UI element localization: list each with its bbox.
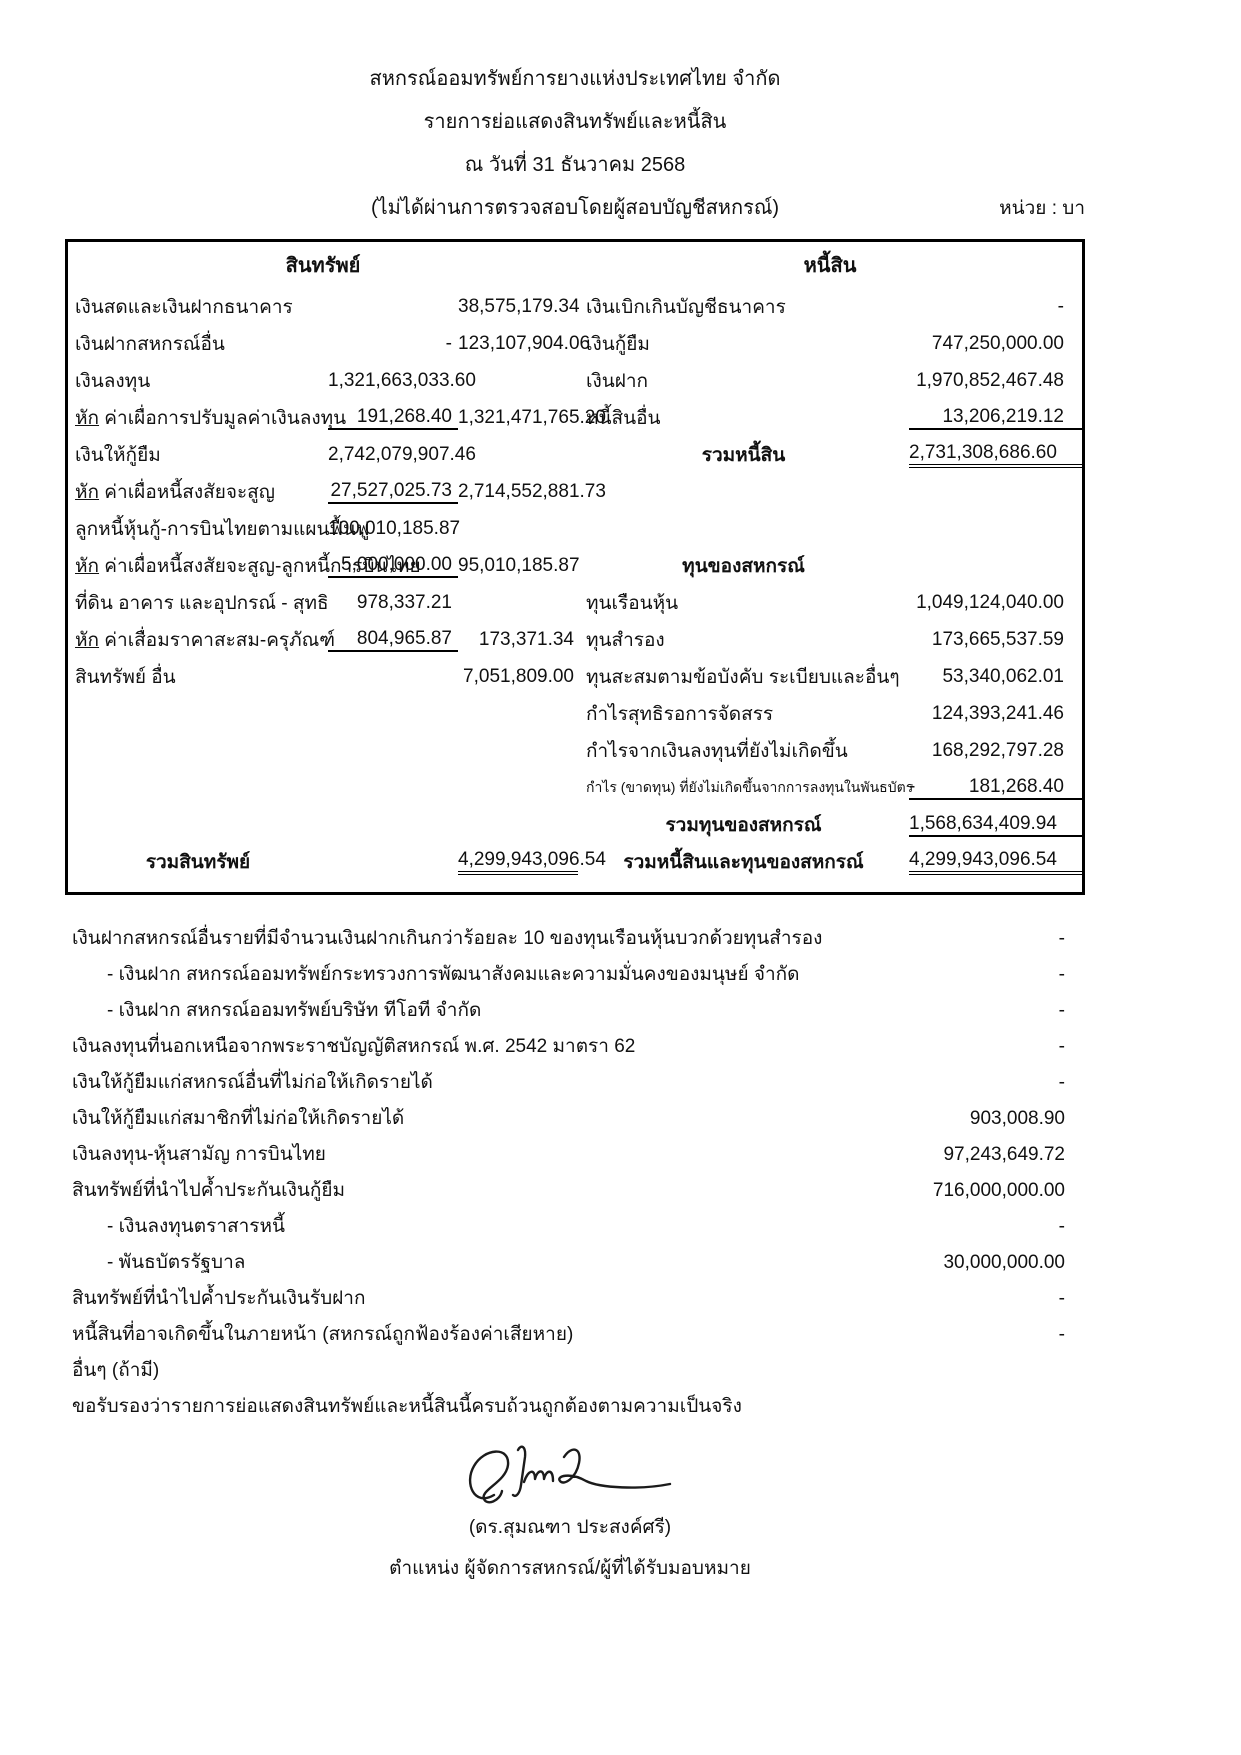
signature-section: (ดร.สุมณฑา ประสงค์ศรี) ตำแหน่ง ผู้จัดการ…	[60, 1437, 1080, 1584]
asset-amount-col2: 4,299,943,096.54	[458, 849, 578, 875]
balance-row: กำไรจากเงินลงทุนที่ยังไม่เกิดขึ้น168,292…	[68, 732, 1082, 769]
note-label: - เงินลงทุนตราสารหนี้	[65, 1209, 905, 1245]
balance-table-rows: เงินสดและเงินฝากธนาคาร38,575,179.34เงินเ…	[68, 288, 1082, 880]
org-name: สหกรณ์ออมทรัพย์การยางแห่งประเทศไทย จำกัด	[65, 58, 1085, 101]
note-row: สินทรัพย์ที่นำไปค้ำประกันเงินกู้ยืม716,0…	[65, 1173, 1085, 1209]
asset-label: เงินฝากสหกรณ์อื่น	[68, 329, 328, 359]
note-label: เงินฝากสหกรณ์อื่นรายที่มีจำนวนเงินฝากเกิ…	[65, 921, 905, 957]
asset-amount-col2: 38,575,179.34	[458, 296, 578, 318]
note-row: หนี้สินที่อาจเกิดขึ้นในภายหน้า (สหกรณ์ถู…	[65, 1317, 1085, 1353]
liability-label: รวมทุนของสหกรณ์	[578, 810, 909, 840]
liability-amount: 13,206,219.12	[909, 406, 1082, 430]
asset-amount-col1: 100,010,185.87	[328, 518, 458, 540]
note-row: สินทรัพย์ที่นำไปค้ำประกันเงินรับฝาก-	[65, 1281, 1085, 1317]
note-value: -	[905, 993, 1085, 1029]
asset-label: หัก ค่าเผื่อหนี้สงสัยจะสูญ-ลูกหนี้การบิน…	[68, 551, 328, 581]
asset-label: รวมสินทรัพย์	[68, 847, 328, 877]
deduction-prefix: หัก	[75, 630, 99, 651]
deduction-prefix: หัก	[75, 408, 99, 429]
liability-amount: -	[909, 296, 1082, 318]
asset-label: หัก ค่าเผื่อหนี้สงสัยจะสูญ	[68, 477, 328, 507]
balance-sheet-table: สินทรัพย์ หนี้สิน เงินสดและเงินฝากธนาคาร…	[65, 239, 1085, 895]
liability-label: ทุนของสหกรณ์	[578, 551, 909, 581]
note-row: เงินลงทุน-หุ้นสามัญ การบินไทย97,243,649.…	[65, 1137, 1085, 1173]
note-label: สินทรัพย์ที่นำไปค้ำประกันเงินรับฝาก	[65, 1281, 905, 1317]
note-label: เงินลงทุน-หุ้นสามัญ การบินไทย	[65, 1137, 905, 1173]
signature-image	[460, 1437, 680, 1513]
asset-amount-col1: 191,268.40	[328, 406, 458, 430]
note-label: หนี้สินที่อาจเกิดขึ้นในภายหน้า (สหกรณ์ถู…	[65, 1317, 905, 1353]
asset-amount-col1: 5,000,000.00	[328, 554, 458, 578]
balance-row: หัก ค่าเผื่อการปรับมูลค่าเงินลงทุน191,26…	[68, 399, 1082, 436]
note-value: -	[905, 1029, 1085, 1065]
note-value	[905, 1353, 1085, 1389]
liability-label: เงินฝาก	[578, 366, 909, 396]
note-label: เงินลงทุนที่นอกเหนือจากพระราชบัญญัติสหกร…	[65, 1029, 905, 1065]
document-title: รายการย่อแสดงสินทรัพย์และหนี้สิน	[65, 101, 1085, 144]
asset-amount-col1: -	[328, 333, 458, 355]
liability-amount: 1,568,634,409.94	[909, 813, 1082, 837]
content-column: สหกรณ์ออมทรัพย์การยางแห่งประเทศไทย จำกัด…	[65, 0, 1085, 1425]
balance-row: เงินสดและเงินฝากธนาคาร38,575,179.34เงินเ…	[68, 288, 1082, 325]
liability-label: เงินเบิกเกินบัญชีธนาคาร	[578, 292, 909, 322]
asset-amount-col1: 1,321,663,033.60	[328, 370, 458, 392]
liability-label: กำไร (ขาดทุน) ที่ยังไม่เกิดขึ้นจากการลงท…	[578, 777, 909, 799]
liability-amount: 2,731,308,686.60	[909, 442, 1082, 468]
balance-row: เงินฝากสหกรณ์อื่น-123,107,904.06เงินกู้ย…	[68, 325, 1082, 362]
note-value: 716,000,000.00	[905, 1173, 1085, 1209]
note-label: สินทรัพย์ที่นำไปค้ำประกันเงินกู้ยืม	[65, 1173, 905, 1209]
asset-amount-col2: 1,321,471,765.20	[458, 407, 578, 429]
note-value: -	[905, 1281, 1085, 1317]
balance-row: สินทรัพย์ อื่น7,051,809.00ทุนสะสมตามข้อบ…	[68, 658, 1082, 695]
liability-amount: 1,970,852,467.48	[909, 370, 1082, 392]
liability-label: รวมหนี้สิน	[578, 440, 909, 470]
liabilities-header: หนี้สิน	[578, 249, 1082, 281]
balance-row: กำไร (ขาดทุน) ที่ยังไม่เกิดขึ้นจากการลงท…	[68, 769, 1082, 806]
balance-row: รวมสินทรัพย์4,299,943,096.54รวมหนี้สินแล…	[68, 843, 1082, 880]
note-row: เงินให้กู้ยืมแก่สมาชิกที่ไม่ก่อให้เกิดรา…	[65, 1101, 1085, 1137]
asset-label: เงินสดและเงินฝากธนาคาร	[68, 292, 328, 322]
liability-amount: 53,340,062.01	[909, 666, 1082, 688]
liability-label: รวมหนี้สินและทุนของสหกรณ์	[578, 847, 909, 877]
note-value: -	[905, 1065, 1085, 1101]
asset-amount-col2: 173,371.34	[458, 629, 578, 651]
balance-row: กำไรสุทธิรอการจัดสรร124,393,241.46	[68, 695, 1082, 732]
balance-row: หัก ค่าเผื่อหนี้สงสัยจะสูญ27,527,025.732…	[68, 473, 1082, 510]
liability-label: ทุนสะสมตามข้อบังคับ ระเบียบและอื่นๆ	[578, 662, 909, 692]
asset-label: เงินลงทุน	[68, 366, 328, 396]
note-label: ขอรับรองว่ารายการย่อแสดงสินทรัพย์และหนี้…	[65, 1389, 905, 1425]
asset-amount-col2: 2,714,552,881.73	[458, 481, 578, 503]
unit-label: หน่วย : บา	[999, 187, 1085, 230]
note-value	[905, 1389, 1085, 1425]
note-row: เงินลงทุนที่นอกเหนือจากพระราชบัญญัติสหกร…	[65, 1029, 1085, 1065]
note-row: - พันธบัตรรัฐบาล30,000,000.00	[65, 1245, 1085, 1281]
note-value: -	[905, 957, 1085, 993]
liability-amount: 747,250,000.00	[909, 333, 1082, 355]
liability-label: กำไรจากเงินลงทุนที่ยังไม่เกิดขึ้น	[578, 736, 909, 766]
note-value: 97,243,649.72	[905, 1137, 1085, 1173]
asset-label: ลูกหนี้หุ้นกู้-การบินไทยตามแผนฟื้นฟู	[68, 514, 328, 544]
liability-amount: 168,292,797.28	[909, 740, 1082, 762]
asset-amount-col2: 123,107,904.06	[458, 333, 578, 355]
liability-label: ทุนสำรอง	[578, 625, 909, 655]
document-header: สหกรณ์ออมทรัพย์การยางแห่งประเทศไทย จำกัด…	[65, 0, 1085, 230]
balance-row: รวมทุนของสหกรณ์1,568,634,409.94	[68, 806, 1082, 843]
balance-row: ลูกหนี้หุ้นกู้-การบินไทยตามแผนฟื้นฟู100,…	[68, 510, 1082, 547]
note-value: -	[905, 921, 1085, 957]
liability-label: ทุนเรือนหุ้น	[578, 588, 909, 618]
note-row: - เงินฝาก สหกรณ์ออมทรัพย์กระทรวงการพัฒนา…	[65, 957, 1085, 993]
asset-label: หัก ค่าเผื่อการปรับมูลค่าเงินลงทุน	[68, 403, 328, 433]
deduction-prefix: หัก	[75, 482, 99, 503]
assets-header: สินทรัพย์	[68, 249, 578, 281]
notes-section: เงินฝากสหกรณ์อื่นรายที่มีจำนวนเงินฝากเกิ…	[65, 921, 1085, 1425]
balance-row: เงินลงทุน1,321,663,033.60เงินฝาก1,970,85…	[68, 362, 1082, 399]
asset-label: หัก ค่าเสื่อมราคาสะสม-ครุภัณฑ์	[68, 625, 328, 655]
balance-row: หัก ค่าเผื่อหนี้สงสัยจะสูญ-ลูกหนี้การบิน…	[68, 547, 1082, 584]
asset-amount-col1: 2,742,079,907.46	[328, 444, 458, 466]
note-label: อื่นๆ (ถ้ามี)	[65, 1353, 905, 1389]
asset-amount-col2: 95,010,185.87	[458, 555, 578, 577]
negative-sign: -	[909, 776, 915, 798]
deduction-prefix: หัก	[75, 556, 99, 577]
asset-label: เงินให้กู้ยืม	[68, 440, 328, 470]
liability-label: หนี้สินอื่น	[578, 403, 909, 433]
asset-amount-col1: 27,527,025.73	[328, 480, 458, 504]
balance-row: ที่ดิน อาคาร และอุปกรณ์ - สุทธิ978,337.2…	[68, 584, 1082, 621]
liability-amount: 4,299,943,096.54	[909, 849, 1082, 875]
note-value: -	[905, 1317, 1085, 1353]
note-label: - เงินฝาก สหกรณ์ออมทรัพย์บริษัท ทีโอที จ…	[65, 993, 905, 1029]
audit-note: (ไม่ได้ผ่านการตรวจสอบโดยผู้สอบบัญชีสหกรณ…	[371, 197, 779, 219]
as-of-date: ณ วันที่ 31 ธันวาคม 2568	[65, 144, 1085, 187]
liability-amount: 124,393,241.46	[909, 703, 1082, 725]
asset-amount-col1: 804,965.87	[328, 628, 458, 652]
note-row: ขอรับรองว่ารายการย่อแสดงสินทรัพย์และหนี้…	[65, 1389, 1085, 1425]
note-label: - พันธบัตรรัฐบาล	[65, 1245, 905, 1281]
liability-amount: 1,049,124,040.00	[909, 592, 1082, 614]
page: สหกรณ์ออมทรัพย์การยางแห่งประเทศไทย จำกัด…	[0, 0, 1241, 1755]
liability-label: เงินกู้ยืม	[578, 329, 909, 359]
table-header-row: สินทรัพย์ หนี้สิน	[68, 242, 1082, 288]
liability-label: กำไรสุทธิรอการจัดสรร	[578, 699, 909, 729]
liability-amount: -181,268.40	[909, 776, 1082, 800]
note-label: เงินให้กู้ยืมแก่สมาชิกที่ไม่ก่อให้เกิดรา…	[65, 1101, 905, 1137]
asset-amount-col2: 7,051,809.00	[458, 666, 578, 688]
note-label: - เงินฝาก สหกรณ์ออมทรัพย์กระทรวงการพัฒนา…	[65, 957, 905, 993]
audit-note-line: (ไม่ได้ผ่านการตรวจสอบโดยผู้สอบบัญชีสหกรณ…	[65, 187, 1085, 230]
balance-row: เงินให้กู้ยืม2,742,079,907.46รวมหนี้สิน2…	[68, 436, 1082, 473]
note-value: 30,000,000.00	[905, 1245, 1085, 1281]
note-row: - เงินลงทุนตราสารหนี้-	[65, 1209, 1085, 1245]
signer-position: ตำแหน่ง ผู้จัดการสหกรณ์/ผู้ที่ได้รับมอบห…	[60, 1554, 1080, 1584]
liability-amount: 173,665,537.59	[909, 629, 1082, 651]
note-row: เงินให้กู้ยืมแก่สหกรณ์อื่นที่ไม่ก่อให้เก…	[65, 1065, 1085, 1101]
asset-label: สินทรัพย์ อื่น	[68, 662, 328, 692]
note-label: เงินให้กู้ยืมแก่สหกรณ์อื่นที่ไม่ก่อให้เก…	[65, 1065, 905, 1101]
asset-amount-col1: 978,337.21	[328, 592, 458, 614]
asset-label: ที่ดิน อาคาร และอุปกรณ์ - สุทธิ	[68, 588, 328, 618]
note-row: เงินฝากสหกรณ์อื่นรายที่มีจำนวนเงินฝากเกิ…	[65, 921, 1085, 957]
note-row: - เงินฝาก สหกรณ์ออมทรัพย์บริษัท ทีโอที จ…	[65, 993, 1085, 1029]
note-row: อื่นๆ (ถ้ามี)	[65, 1353, 1085, 1389]
note-value: -	[905, 1209, 1085, 1245]
balance-row: หัก ค่าเสื่อมราคาสะสม-ครุภัณฑ์804,965.87…	[68, 621, 1082, 658]
signer-name: (ดร.สุมณฑา ประสงค์ศรี)	[60, 1513, 1080, 1543]
note-value: 903,008.90	[905, 1101, 1085, 1137]
